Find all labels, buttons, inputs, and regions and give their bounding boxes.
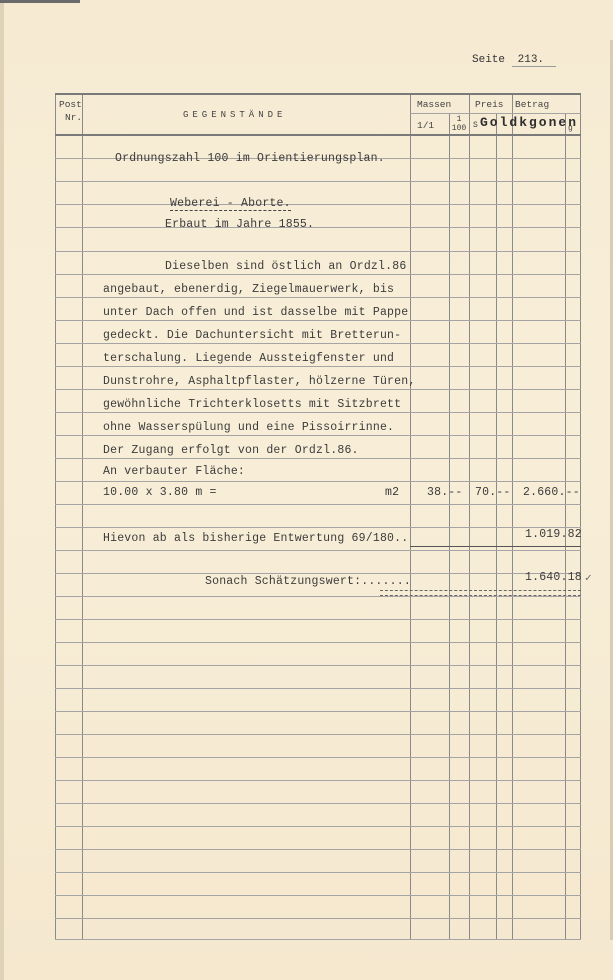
row-line [55, 343, 581, 344]
frac-denominator: 100 [449, 124, 469, 133]
body-line-desc-1: Dieselben sind östlich an Ordzl.86 [165, 260, 406, 273]
header-massen-whole: 1/1 [417, 120, 434, 131]
header-s-mark: S [473, 121, 478, 130]
body-line-desc-5: terschalung. Liegende Aussteigfenster un… [103, 352, 394, 365]
row-line [55, 204, 581, 205]
body-line-desc-7: gewöhnliche Trichterklosetts mit Sitzbre… [103, 398, 401, 411]
deduction-underline [410, 546, 581, 547]
row-line [55, 803, 581, 804]
page-edge-left [0, 0, 4, 980]
body-line-desc-6: Dunstrohre, Asphaltpflaster, hölzerne Tü… [103, 375, 415, 388]
total-betrag: 1.640.18 [525, 571, 582, 584]
col-line-right [580, 93, 581, 940]
row-line [55, 642, 581, 643]
row-line [55, 527, 581, 528]
calc-betrag: 2.660.-- [523, 486, 580, 499]
row-line [55, 734, 581, 735]
row-line [55, 826, 581, 827]
col-line-post [82, 93, 83, 940]
row-line [55, 504, 581, 505]
calc-preis: 70.-- [475, 486, 511, 499]
row-line-subheader [410, 113, 581, 114]
row-line [55, 227, 581, 228]
row-line [55, 412, 581, 413]
header-g-mark-right: g [568, 124, 573, 133]
row-line [55, 435, 581, 436]
calc-unit: m2 [385, 486, 399, 499]
row-line-header-bottom [55, 134, 581, 136]
header-massen: Massen [417, 99, 451, 110]
total-double-underline [380, 590, 581, 596]
row-line [55, 458, 581, 459]
header-post: Post [59, 99, 82, 110]
deduction-betrag: 1.019.82 [525, 528, 582, 541]
page-label: Seite [472, 54, 505, 66]
body-line-desc-3: unter Dach offen und ist dasselbe mit Pa… [103, 306, 408, 319]
row-line [55, 619, 581, 620]
row-line [55, 297, 581, 298]
header-preis: Preis [475, 99, 504, 110]
body-line-zugang: Der Zugang erfolgt von der Ordzl.86. [103, 444, 359, 457]
deduction-description: Hievon ab als bisherige Entwertung 69/18… [103, 532, 408, 545]
row-line [55, 895, 581, 896]
page-number-value: 213. [512, 54, 556, 67]
header-currency: Goldkgonen [480, 115, 578, 130]
calc-description: 10.00 x 3.80 m = [103, 486, 217, 499]
body-line-desc-4: gedeckt. Die Dachuntersicht mit Bretteru… [103, 329, 401, 342]
calc-massen: 38.-- [427, 486, 463, 499]
row-line [55, 711, 581, 712]
row-line [55, 366, 581, 367]
body-line-title: Weberei - Aborte. [170, 197, 291, 211]
row-line [55, 918, 581, 919]
row-line [55, 757, 581, 758]
row-line [55, 665, 581, 666]
body-line-desc-2: angebaut, ebenerdig, Ziegelmauerwerk, bi… [103, 283, 394, 296]
row-line-top [55, 93, 581, 95]
row-line [55, 181, 581, 182]
header-massen-hundredths: 1 100 [449, 115, 469, 133]
row-line [55, 780, 581, 781]
row-line [55, 573, 581, 574]
col-line-gegenstaende [410, 93, 411, 940]
row-line [55, 274, 581, 275]
row-line [55, 872, 581, 873]
row-line [55, 849, 581, 850]
frac-numerator: 1 [449, 115, 469, 124]
row-line-bottom [55, 939, 581, 940]
row-line [55, 688, 581, 689]
ledger-table: Post Nr. GEGENSTÄNDE Massen Preis Betrag… [55, 93, 581, 940]
row-line [55, 596, 581, 597]
total-description: Sonach Schätzungswert:....... [205, 575, 411, 588]
row-line [55, 481, 581, 482]
col-line-preis [512, 93, 513, 940]
row-line [55, 389, 581, 390]
check-mark-icon: ✓ [585, 571, 592, 585]
header-gegenstaende: GEGENSTÄNDE [183, 110, 286, 120]
col-line-massen [469, 93, 470, 940]
body-line-ordnungszahl: Ordnungszahl 100 im Orientierungsplan. [115, 152, 385, 165]
header-nr: Nr. [65, 112, 82, 123]
row-line [55, 251, 581, 252]
header-betrag: Betrag [515, 99, 549, 110]
col-line-left [55, 93, 56, 940]
body-line-erbaut: Erbaut im Jahre 1855. [165, 218, 314, 231]
body-line-flaeche: An verbauter Fläche: [103, 465, 245, 478]
body-line-desc-8: ohne Wasserspülung und eine Pissoirrinne… [103, 421, 394, 434]
row-line [55, 320, 581, 321]
row-line [55, 550, 581, 551]
page-number: Seite 213. [472, 54, 556, 67]
page-edge-top [0, 0, 80, 3]
